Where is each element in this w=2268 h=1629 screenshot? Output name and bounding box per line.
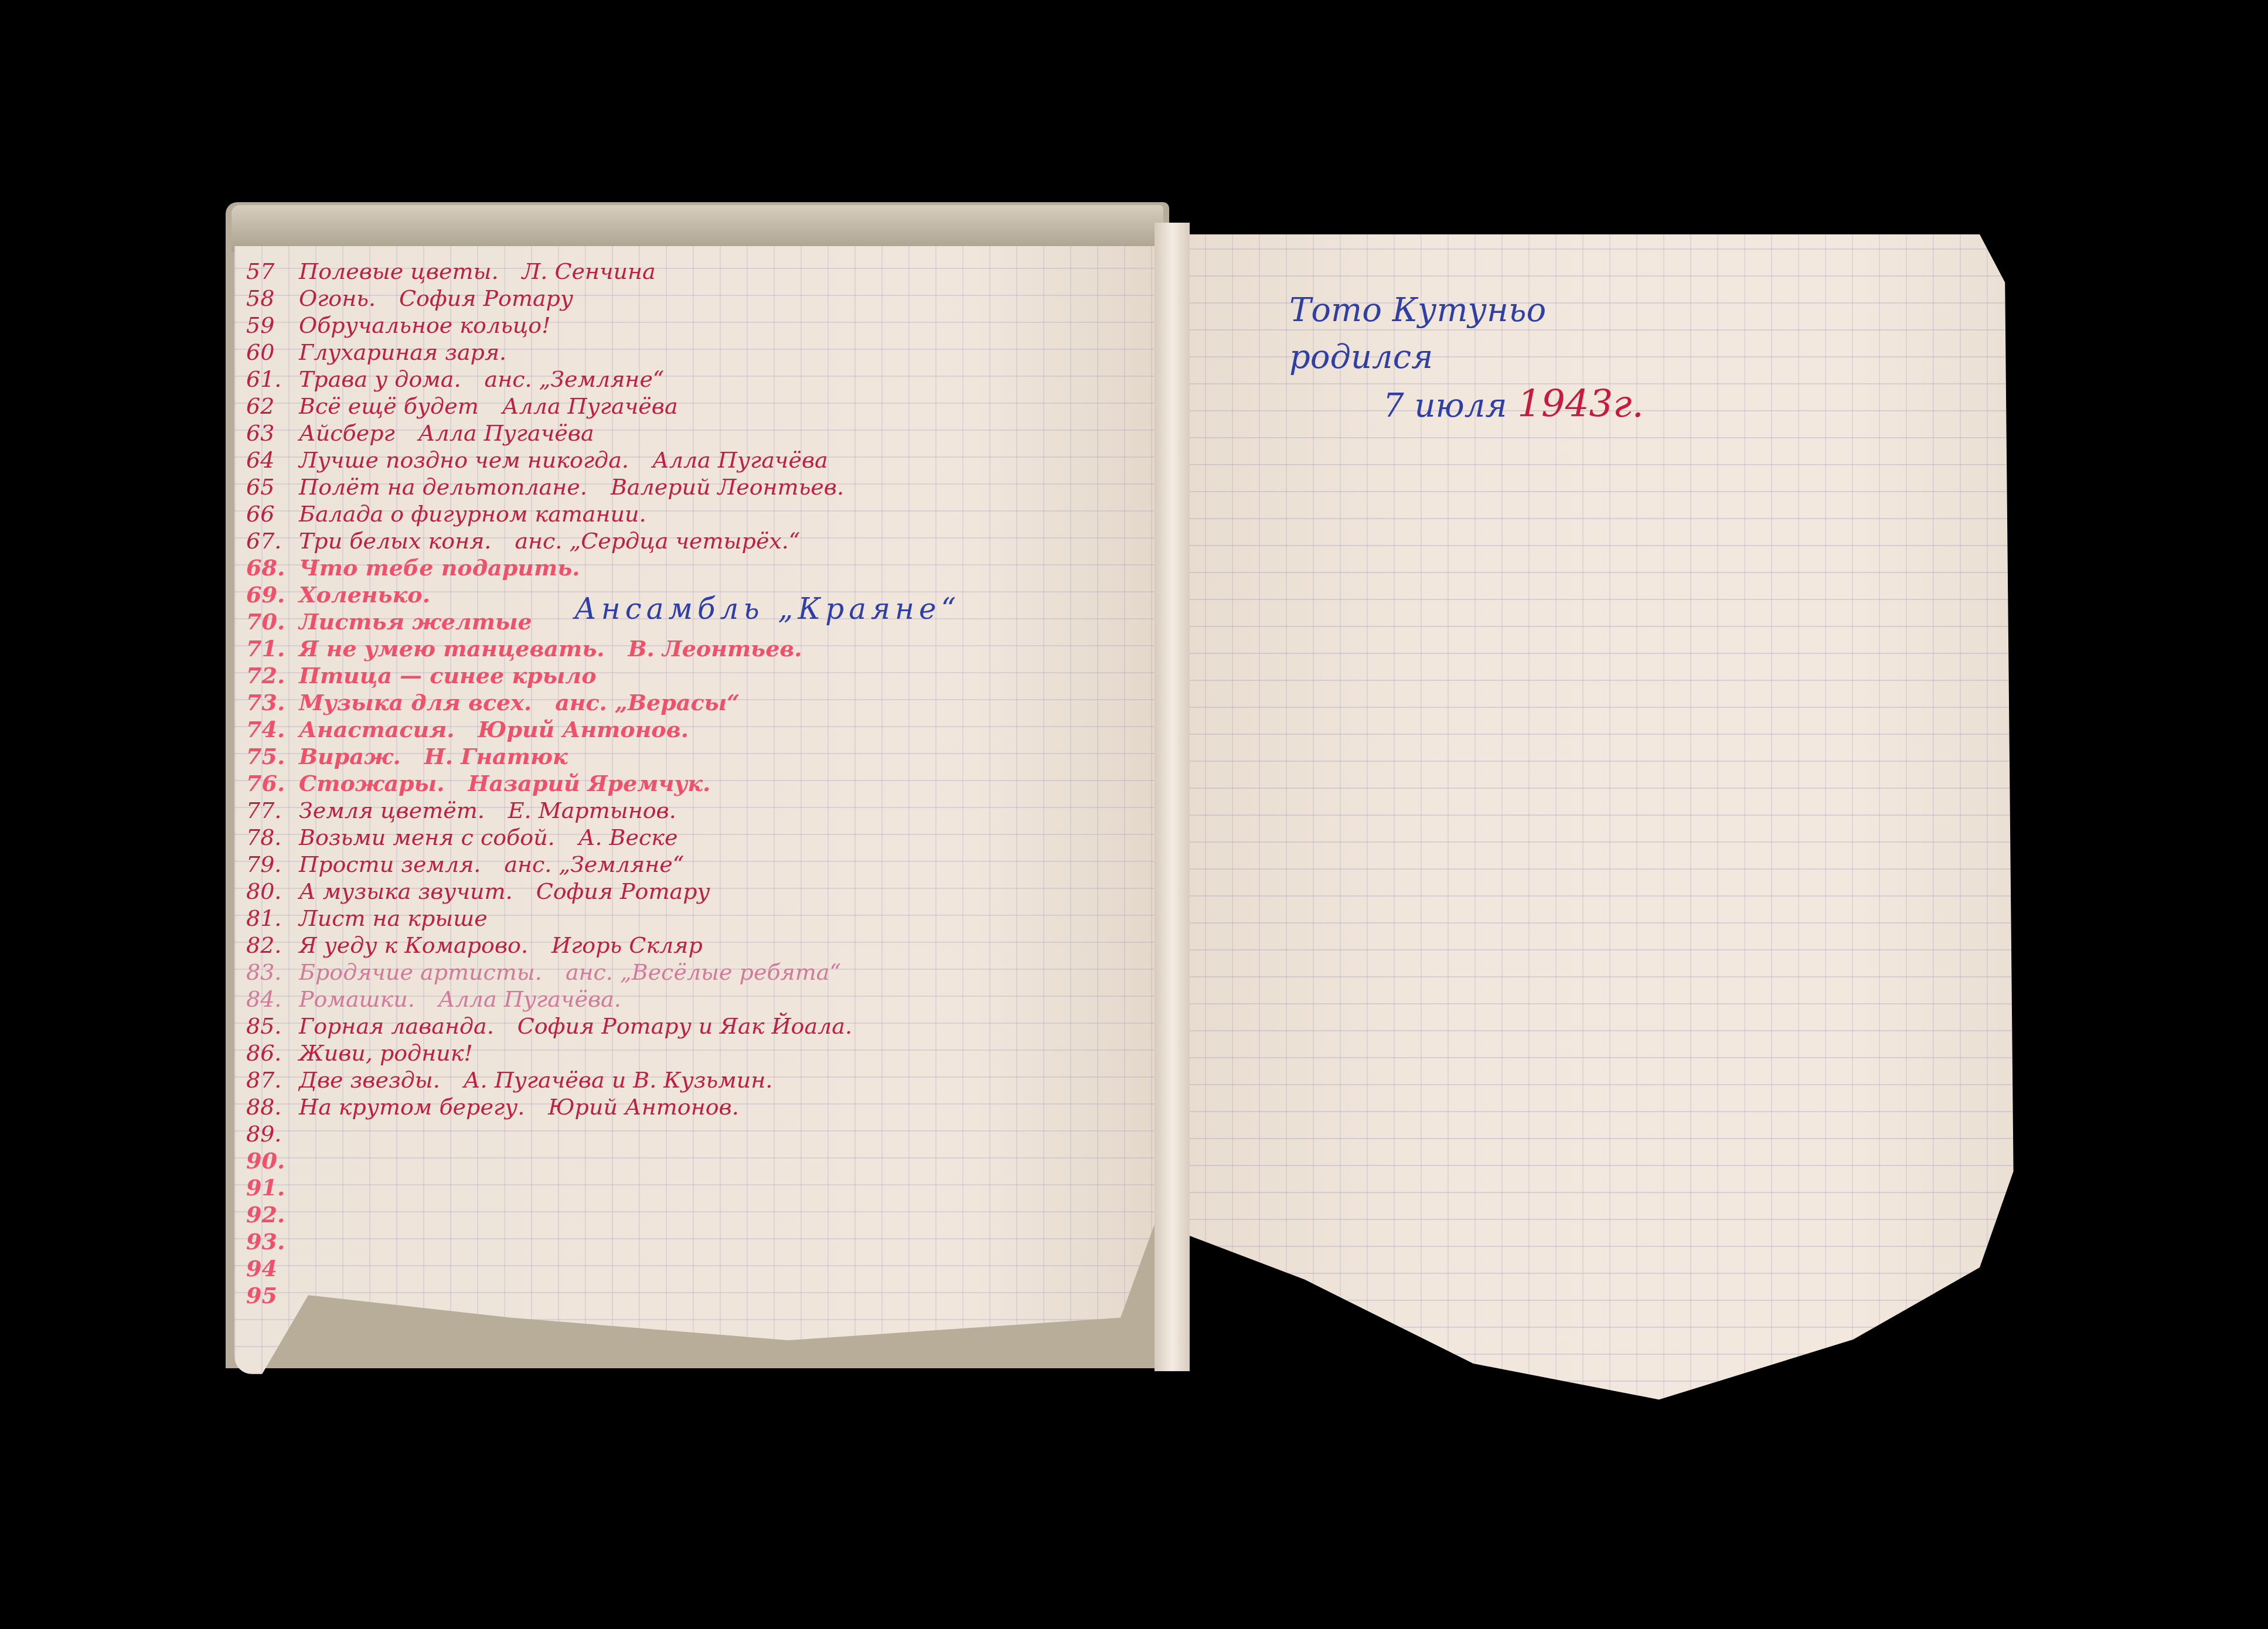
entry-number: 90. <box>246 1147 299 1174</box>
page-stack-edge <box>231 205 1163 252</box>
note-year: 1943г. <box>1517 383 1644 426</box>
song-title: Полевые цветы. <box>299 258 499 285</box>
song-title: Айсберг <box>299 420 395 447</box>
list-item: 86.Живи, родник! <box>246 1040 1160 1066</box>
song-title: Вираж. <box>299 743 401 770</box>
list-item: 87.Две звезды.А. Пугачёва и В. Кузьмин. <box>246 1066 1160 1093</box>
song-artist: София Ротару <box>399 285 573 312</box>
list-item: 92. <box>246 1201 1160 1228</box>
song-artist: анс. „Весёлые ребята“ <box>566 959 841 986</box>
list-item: 73.Музыка для всех.анс. „Верасы“ <box>246 689 1160 716</box>
song-title: На крутом берегу. <box>299 1093 525 1120</box>
song-title: Птица — синее крыло <box>299 662 597 689</box>
entry-number: 75. <box>246 743 299 770</box>
song-title: Лист на крыше <box>299 905 488 932</box>
list-item: 68.Что тебе подарить. <box>246 554 1160 581</box>
entry-number: 95 <box>246 1282 299 1309</box>
song-artist: Назарий Яремчук. <box>468 770 711 797</box>
entry-number: 68. <box>246 554 299 581</box>
list-item: 82.Я уеду к Комарово.Игорь Скляр <box>246 932 1160 959</box>
list-item: 60Глухариная заря. <box>246 339 1160 366</box>
note-date: 7 июля 1943г. <box>1383 381 1644 430</box>
song-artist: анс. „Земляне“ <box>485 366 665 393</box>
entry-number: 67. <box>246 527 299 554</box>
list-item: 58Огонь.София Ротару <box>246 285 1160 312</box>
list-item: 65Полёт на дельтоплане.Валерий Леонтьев. <box>246 473 1160 500</box>
entry-number: 65 <box>246 473 299 500</box>
song-artist: Е. Мартынов. <box>508 797 676 824</box>
song-artist: Алла Пугачёва. <box>438 986 621 1013</box>
song-artist: В. Леонтьев. <box>628 635 802 662</box>
list-item: 59Обручальное кольцо! <box>246 312 1160 339</box>
note-line-1: Тото Кутуньо <box>1289 287 1644 334</box>
list-item: 89. <box>246 1120 1160 1147</box>
list-item: 84.Ромашки.Алла Пугачёва. <box>246 986 1160 1013</box>
song-artist: А. Веске <box>578 824 678 851</box>
entry-number: 72. <box>246 662 299 689</box>
song-title: Ромашки. <box>299 986 415 1013</box>
list-item: 61.Трава у дома.анс. „Земляне“ <box>246 366 1160 393</box>
song-title: Трава у дома. <box>299 366 461 393</box>
song-title: Обручальное кольцо! <box>299 312 551 339</box>
song-title: Полёт на дельтоплане. <box>299 473 587 500</box>
entry-number: 94 <box>246 1255 299 1282</box>
open-notebook: 57Полевые цветы.Л. Сенчина58Огонь.София … <box>0 0 2268 1629</box>
note-line-2: родился <box>1289 334 1644 381</box>
entry-number: 84. <box>246 986 299 1013</box>
song-title: Листья желтые <box>299 608 532 635</box>
song-artist: София Ротару <box>536 878 710 905</box>
entry-number: 76. <box>246 770 299 797</box>
entry-number: 82. <box>246 932 299 959</box>
list-item: 81.Лист на крыше <box>246 905 1160 932</box>
list-item: 79.Прости земля.анс. „Земляне“ <box>246 851 1160 878</box>
entry-number: 74. <box>246 716 299 743</box>
song-artist: Алла Пугачёва <box>418 420 594 447</box>
entry-number: 92. <box>246 1201 299 1228</box>
song-artist: анс. „Земляне“ <box>504 851 684 878</box>
entry-number: 88. <box>246 1093 299 1120</box>
song-title: Огонь. <box>299 285 376 312</box>
song-artist: София Ротару и Яак Йоала. <box>517 1013 852 1040</box>
song-artist: Алла Пугачёва <box>652 447 828 473</box>
entry-number: 64 <box>246 447 299 473</box>
entry-number: 58 <box>246 285 299 312</box>
list-item: 71.Я не умею танцевать.В. Леонтьев. <box>246 635 1160 662</box>
song-title: Земля цветёт. <box>299 797 485 824</box>
list-item: 78.Возьми меня с собой.А. Веске <box>246 824 1160 851</box>
entry-number: 87. <box>246 1066 299 1093</box>
list-item: 93. <box>246 1228 1160 1255</box>
song-title: Возьми меня с собой. <box>299 824 555 851</box>
list-item: 62Всё ещё будетАлла Пугачёва <box>246 393 1160 420</box>
entry-number: 62 <box>246 393 299 420</box>
song-title: Три белых коня. <box>299 527 491 554</box>
entry-number: 80. <box>246 878 299 905</box>
song-title: А музыка звучит. <box>299 878 513 905</box>
list-item: 74.Анастасия.Юрий Антонов. <box>246 716 1160 743</box>
song-artist: А. Пугачёва и В. Кузьмин. <box>464 1066 773 1093</box>
song-title: Анастасия. <box>299 716 454 743</box>
song-list: 57Полевые цветы.Л. Сенчина58Огонь.София … <box>246 258 1160 1309</box>
song-artist: Л. Сенчина <box>522 258 656 285</box>
entry-number: 69. <box>246 581 299 608</box>
song-title: Холенько. <box>299 581 430 608</box>
entry-number: 73. <box>246 689 299 716</box>
song-artist: Н. Гнатюк <box>424 743 568 770</box>
entry-number: 77. <box>246 797 299 824</box>
entry-number: 91. <box>246 1174 299 1201</box>
list-item: 77.Земля цветёт.Е. Мартынов. <box>246 797 1160 824</box>
entry-number: 70. <box>246 608 299 635</box>
list-item: 67.Три белых коня.анс. „Сердца четырёх.“ <box>246 527 1160 554</box>
entry-number: 83. <box>246 959 299 986</box>
song-title: Бродячие артисты. <box>299 959 542 986</box>
entry-number: 93. <box>246 1228 299 1255</box>
list-item: 72.Птица — синее крыло <box>246 662 1160 689</box>
entry-number: 89. <box>246 1120 299 1147</box>
song-title: Балада о фигурном катании. <box>299 500 646 527</box>
entry-number: 60 <box>246 339 299 366</box>
entry-number: 66 <box>246 500 299 527</box>
song-title: Что тебе подарить. <box>299 554 580 581</box>
song-title: Лучше поздно чем никогда. <box>299 447 629 473</box>
list-item: 91. <box>246 1174 1160 1201</box>
entry-number: 61. <box>246 366 299 393</box>
entry-number: 78. <box>246 824 299 851</box>
list-item: 94 <box>246 1255 1160 1282</box>
song-title: Музыка для всех. <box>299 689 532 716</box>
list-item: 57Полевые цветы.Л. Сенчина <box>246 258 1160 285</box>
list-item: 85.Горная лаванда.София Ротару и Яак Йоа… <box>246 1013 1160 1040</box>
entry-number: 71. <box>246 635 299 662</box>
list-item: 95 <box>246 1282 1160 1309</box>
song-title: Живи, родник! <box>299 1040 473 1066</box>
list-item: 76.Стожары.Назарий Яремчук. <box>246 770 1160 797</box>
note-day-month: 7 июля <box>1383 387 1507 425</box>
song-title: Горная лаванда. <box>299 1013 494 1040</box>
blue-annotation: Ансамбль „Краяне“ <box>574 592 961 626</box>
list-item: 83.Бродячие артисты.анс. „Весёлые ребята… <box>246 959 1160 986</box>
song-artist: анс. „Верасы“ <box>555 689 740 716</box>
list-item: 80.А музыка звучит.София Ротару <box>246 878 1160 905</box>
right-page-note: Тото Кутуньо родился 7 июля 1943г. <box>1289 287 1644 430</box>
entry-number: 79. <box>246 851 299 878</box>
list-item: 64Лучше поздно чем никогда.Алла Пугачёва <box>246 447 1160 473</box>
list-item: 63АйсбергАлла Пугачёва <box>246 420 1160 447</box>
song-title: Всё ещё будет <box>299 393 479 420</box>
entry-number: 85. <box>246 1013 299 1040</box>
list-item: 90. <box>246 1147 1160 1174</box>
list-item: 66Балада о фигурном катании. <box>246 500 1160 527</box>
entry-number: 81. <box>246 905 299 932</box>
song-artist: Алла Пугачёва <box>502 393 678 420</box>
song-artist: Валерий Леонтьев. <box>611 473 844 500</box>
list-item: 75.Вираж.Н. Гнатюк <box>246 743 1160 770</box>
song-title: Стожары. <box>299 770 445 797</box>
entry-number: 86. <box>246 1040 299 1066</box>
entry-number: 59 <box>246 312 299 339</box>
song-title: Глухариная заря. <box>299 339 506 366</box>
song-title: Две звезды. <box>299 1066 440 1093</box>
song-artist: Юрий Антонов. <box>478 716 688 743</box>
entry-number: 57 <box>246 258 299 285</box>
song-artist: Юрий Антонов. <box>548 1093 739 1120</box>
song-title: Я не умею танцевать. <box>299 635 604 662</box>
song-artist: Игорь Скляр <box>551 932 703 959</box>
song-artist: анс. „Сердца четырёх.“ <box>515 527 800 554</box>
song-title: Прости земля. <box>299 851 481 878</box>
list-item: 88.На крутом берегу.Юрий Антонов. <box>246 1093 1160 1120</box>
song-title: Я уеду к Комарово. <box>299 932 528 959</box>
entry-number: 63 <box>246 420 299 447</box>
